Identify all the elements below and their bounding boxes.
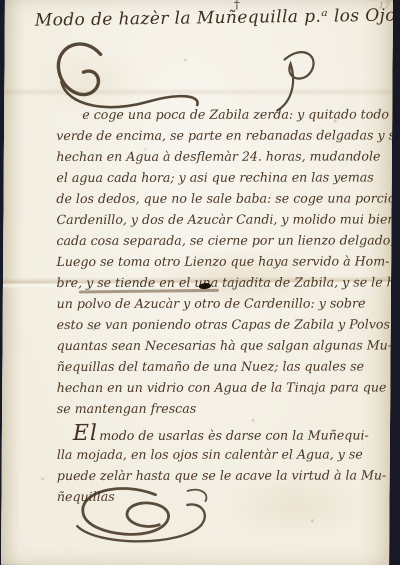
manuscript-line: lla mojada, en los ojos sin calentàr el … [57,443,387,465]
manuscript-line-text: modo de usarlas ès darse con la Muñequi- [99,427,369,442]
manuscript-line: cada cosa separada, se cierne por un lie… [56,229,386,251]
manuscript-line: el agua cada hora; y asi que rechina en … [56,166,386,188]
manuscript-line: verde de encima, se parte en rebanadas d… [56,124,386,146]
manuscript-line: Luego se toma otro Lienzo que haya servi… [56,250,386,272]
manuscript-line: El modo de usarlas ès darse con la Muñeq… [73,422,387,444]
manuscript-line: hechan en Agua à desflemàr 24. horas, mu… [56,145,386,167]
document-title: Modo de hazèr la Muñequilla p.ᵃ los Ojos [35,6,393,31]
manuscript-scan: 17 † Modo de hazèr la Muñequilla p.ᵃ los… [0,0,400,565]
manuscript-line: quantas sean Necesarias hà que salgan al… [57,334,387,356]
manuscript-line: puede zelàr hasta que se le acave la vir… [57,464,387,486]
manuscript-line: un polvo de Azucàr y otro de Cardenillo:… [57,292,387,314]
manuscript-line: ñequillas del tamaño de una Nuez; las qu… [57,355,387,377]
manuscript-page: 17 † Modo de hazèr la Muñequilla p.ᵃ los… [1,0,393,565]
calligraphic-initial-el: El [73,421,98,446]
manuscript-line: hechan en un vidrio con Agua de la Tinaj… [57,376,387,398]
manuscript-line: de los dedos, que no le sale baba: se co… [56,187,386,209]
manuscript-line: Cardenillo, y dos de Azucàr Candi, y mol… [56,208,386,230]
manuscript-body: e coge una poca de Zabila zerda: y quita… [56,103,387,507]
manuscript-line: esto se van poniendo otras Capas de Zabi… [57,313,387,335]
paragraph-1: e coge una poca de Zabila zerda: y quita… [56,103,387,419]
signature-rubric-flourish [59,484,239,547]
manuscript-line: e coge una poca de Zabila zerda: y quita… [56,103,386,125]
manuscript-line: se mantengan frescas [57,397,387,419]
